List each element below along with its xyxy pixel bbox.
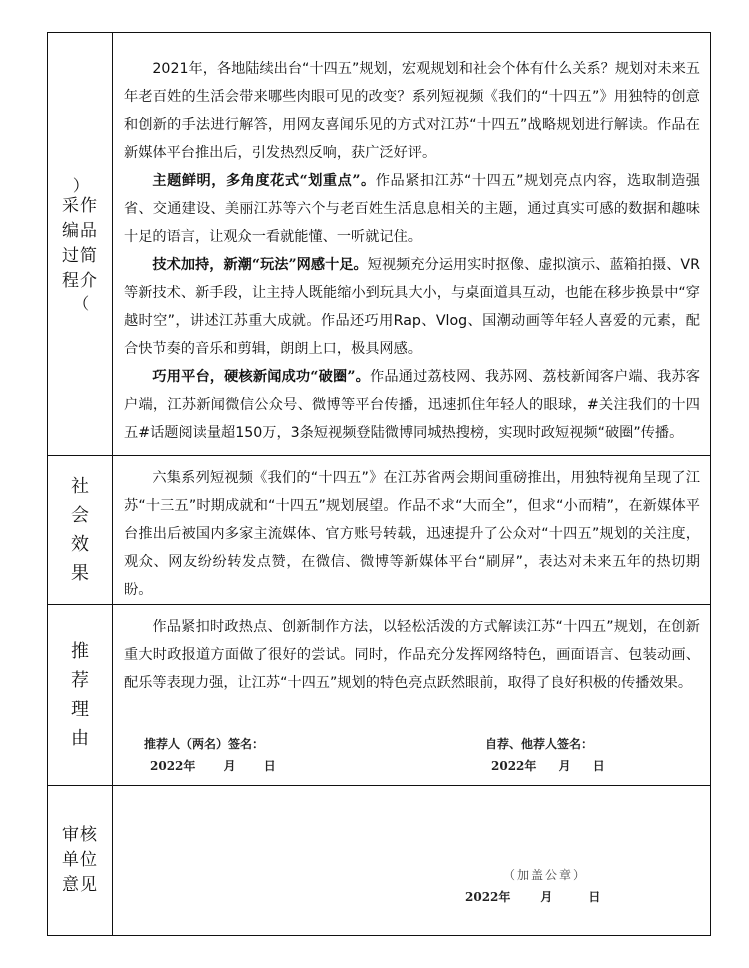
label-cell-recommend-reason: 推 荐 理 由 [48, 605, 113, 786]
row-social-effect: 社 会 效 果 六集系列短视频《我们的“十四五”》在江苏省两会期间重磅推出，用独… [48, 456, 711, 605]
date-day: 日 [593, 755, 605, 777]
label-pair: 审核 [58, 823, 102, 848]
paragraph-intro: 2021年，各地陆续出台“十四五”规划，宏观规划和社会个体有什么关系？规划对未来… [124, 55, 700, 167]
label-cell-social-effect: 社 会 效 果 [48, 456, 113, 605]
content-cell-review-opinion: （加盖公章） 2022年月日 [113, 786, 711, 936]
recommender-signature-label: 推荐人（两名）签名： [144, 733, 276, 755]
date-year: 2022年 [491, 755, 536, 777]
date-day: 日 [588, 890, 600, 904]
paragraph-theme: 主题鲜明，多角度花式“划重点”。作品紧扣江苏“十四五”规划亮点内容，选取制造强省… [124, 167, 700, 251]
row-review-opinion: 审核 单位 意见 （加盖公章） 2022年月日 [48, 786, 711, 936]
self-recommender-signature-block: 自荐、他荐人签名： 2022年 月 日 [485, 733, 605, 777]
label-char: 社 [71, 472, 89, 501]
paren-open: ︵ [71, 163, 89, 207]
label-cell-review-opinion: 审核 单位 意见 [48, 786, 113, 936]
paragraph-text: 六集系列短视频《我们的“十四五”》在江苏省两会期间重磅推出，用独特视角呈现了江苏… [124, 470, 700, 598]
label-char: 由 [71, 724, 89, 753]
label-char: 会 [71, 501, 89, 530]
label-char: 效 [71, 530, 89, 559]
label-pair: 单位 [58, 848, 102, 873]
label-char: 荐 [71, 666, 89, 695]
label-char: 果 [71, 559, 89, 588]
content-cell-process: 2021年，各地陆续出台“十四五”规划，宏观规划和社会个体有什么关系？规划对未来… [113, 33, 711, 456]
self-recommender-signature-label: 自荐、他荐人签名： [485, 733, 605, 755]
official-seal-block: （加盖公章） 2022年月日 [465, 864, 600, 908]
date-month: 月 [540, 890, 552, 904]
label-pair: 编品 [58, 219, 102, 244]
self-recommender-signature-date: 2022年 月 日 [485, 755, 605, 777]
recommender-signature-date: 2022年 月 日 [144, 755, 276, 777]
date-month: 月 [559, 755, 571, 777]
label-char: 理 [71, 695, 89, 724]
recommender-signature-block: 推荐人（两名）签名： 2022年 月 日 [144, 733, 276, 777]
label-char: 推 [71, 637, 89, 666]
recommendation-form-table: ︵ 采作 编品 过简 程介 ︶ 2021年，各地陆续出台“十四五”规划，宏观规划… [47, 32, 711, 936]
paragraph-social-effect: 六集系列短视频《我们的“十四五”》在江苏省两会期间重磅推出，用独特视角呈现了江苏… [124, 464, 700, 604]
label-pair: 过简 [58, 244, 102, 269]
paragraph-recommend-reason: 作品紧扣时政热点、创新制作方法，以轻松活泼的方式解读江苏“十四五”规划，在创新重… [124, 613, 700, 697]
content-cell-social-effect: 六集系列短视频《我们的“十四五”》在江苏省两会期间重磅推出，用独特视角呈现了江苏… [113, 456, 711, 605]
label-recommend-reason: 推 荐 理 由 [71, 637, 89, 753]
label-review-opinion: 审核 单位 意见 [58, 823, 102, 898]
paragraph-lead: 巧用平台，硬核新闻成功“破圈”。 [152, 369, 370, 385]
label-cell-process: ︵ 采作 编品 过简 程介 ︶ [48, 33, 113, 456]
paragraph-lead: 技术加持，新潮“玩法”网感十足。 [152, 257, 367, 273]
row-process: ︵ 采作 编品 过简 程介 ︶ 2021年，各地陆续出台“十四五”规划，宏观规划… [48, 33, 711, 456]
seal-date: 2022年月日 [465, 886, 600, 908]
label-social-effect: 社 会 效 果 [71, 472, 89, 588]
paragraph-lead: 主题鲜明，多角度花式“划重点”。 [152, 173, 375, 189]
date-month: 月 [224, 755, 236, 777]
paren-close: ︶ [71, 281, 89, 325]
paragraph-text: 作品紧扣时政热点、创新制作方法，以轻松活泼的方式解读江苏“十四五”规划，在创新重… [124, 619, 700, 691]
date-year: 2022年 [465, 890, 510, 904]
row-recommend-reason: 推 荐 理 由 作品紧扣时政热点、创新制作方法，以轻松活泼的方式解读江苏“十四五… [48, 605, 711, 786]
seal-note: （加盖公章） [503, 864, 600, 886]
paragraph-platform: 巧用平台，硬核新闻成功“破圈”。作品通过荔枝网、我苏网、荔枝新闻客户端、我苏客户… [124, 363, 700, 447]
date-day: 日 [264, 755, 276, 777]
date-year: 2022年 [150, 755, 195, 777]
paragraph-technology: 技术加持，新潮“玩法”网感十足。短视频充分运用实时抠像、虚拟演示、蓝箱拍摄、VR… [124, 251, 700, 363]
paragraph-text: 2021年，各地陆续出台“十四五”规划，宏观规划和社会个体有什么关系？规划对未来… [124, 61, 700, 161]
label-pair: 意见 [58, 873, 102, 898]
content-cell-recommend-reason: 作品紧扣时政热点、创新制作方法，以轻松活泼的方式解读江苏“十四五”规划，在创新重… [113, 605, 711, 786]
label-process: ︵ 采作 编品 过简 程介 ︶ [58, 176, 102, 312]
